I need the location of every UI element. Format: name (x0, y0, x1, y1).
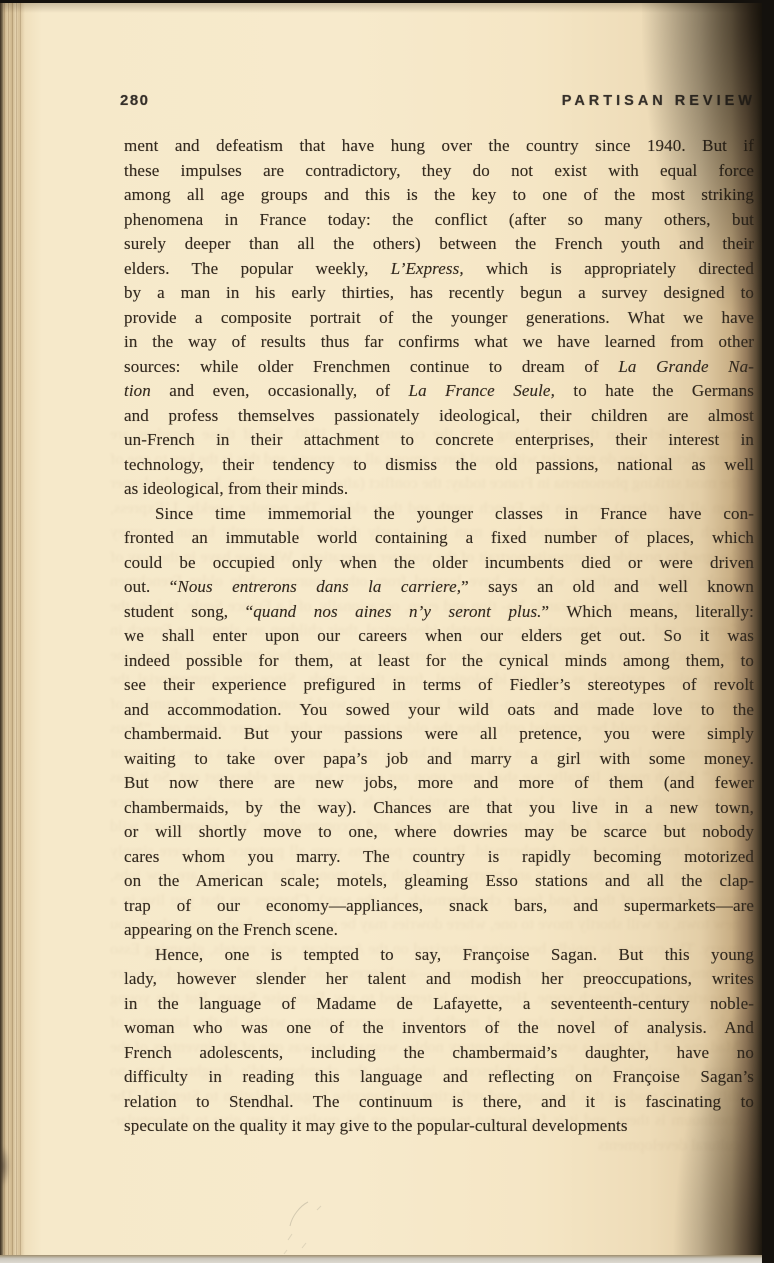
text-line: sources: while older Frenchmen continue … (124, 355, 754, 380)
text-line: cares whom you marry. The country is rap… (124, 845, 754, 870)
text-line: out. “Nous entrerons dans la carriere,” … (124, 575, 754, 600)
text-line: student song, “quand nos aines n’y seron… (124, 600, 754, 625)
text-line: fronted an immutable world containing a … (124, 526, 754, 551)
text-line: technology, their tendency to dismiss th… (124, 453, 754, 478)
text-line: woman who was one of the inventors of th… (124, 1016, 754, 1041)
text-line: Hence, one is tempted to say, Françoise … (155, 943, 754, 968)
text-line: relation to Stendhal. The continuum is t… (124, 1090, 754, 1115)
text-line: appearing on the French scene. (124, 918, 754, 943)
text-line: un-French in their attachment to concret… (124, 428, 754, 453)
text-line: tion and even, occasionally, of La Franc… (124, 379, 754, 404)
gutter-shadow-top (642, 3, 762, 323)
paragraph: Since time immemorial the younger classe… (124, 502, 754, 943)
text-line: speculate on the quality it may give to … (124, 1114, 754, 1139)
text-line: waiting to take over papa’s job and marr… (124, 747, 754, 772)
text-line: or will shortly move to one, where dowri… (124, 820, 754, 845)
text-line: But now there are new jobs, more and mor… (124, 771, 754, 796)
text-line: chambermaids, by the way). Chances are t… (124, 796, 754, 821)
text-line: Since time immemorial the younger classe… (155, 502, 754, 527)
text-line: and profess themselves passionately ideo… (124, 404, 754, 429)
text-line: see their experience prefigured in terms… (124, 673, 754, 698)
text-line: lady, however slender her talent and mod… (124, 967, 754, 992)
page-number: 280 (120, 92, 150, 109)
paragraph: Hence, one is tempted to say, Françoise … (124, 943, 754, 1139)
text-line: we shall enter upon our careers when our… (124, 624, 754, 649)
text-line: in the language of Madame de Lafayette, … (124, 992, 754, 1017)
pencil-mark (262, 1188, 342, 1258)
gutter-shadow-bottom (672, 995, 762, 1255)
text-line: could be occupied only when the older in… (124, 551, 754, 576)
book-page-scan: ment and defeatism that have hung over t… (0, 0, 774, 1263)
fore-edge-pages (0, 3, 24, 1255)
photo-bottom-edge (0, 1255, 762, 1263)
text-line: indeed possible for them, at least for t… (124, 649, 754, 674)
text-line: and accommodation. You sowed your wild o… (124, 698, 754, 723)
text-line: as ideological, from their minds. (124, 477, 754, 502)
ink-smudge (0, 1145, 10, 1187)
text-line: in the way of results thus far confirms … (124, 330, 754, 355)
text-line: trap of our economy—appliances, snack ba… (124, 894, 754, 919)
text-line: chambermaid. But your passions were all … (124, 722, 754, 747)
text-line: difficulty in reading this language and … (124, 1065, 754, 1090)
text-line: French adolescents, including the chambe… (124, 1041, 754, 1066)
page-surface: ment and defeatism that have hung over t… (0, 3, 762, 1255)
text-line: on the American scale; motels, gleaming … (124, 869, 754, 894)
